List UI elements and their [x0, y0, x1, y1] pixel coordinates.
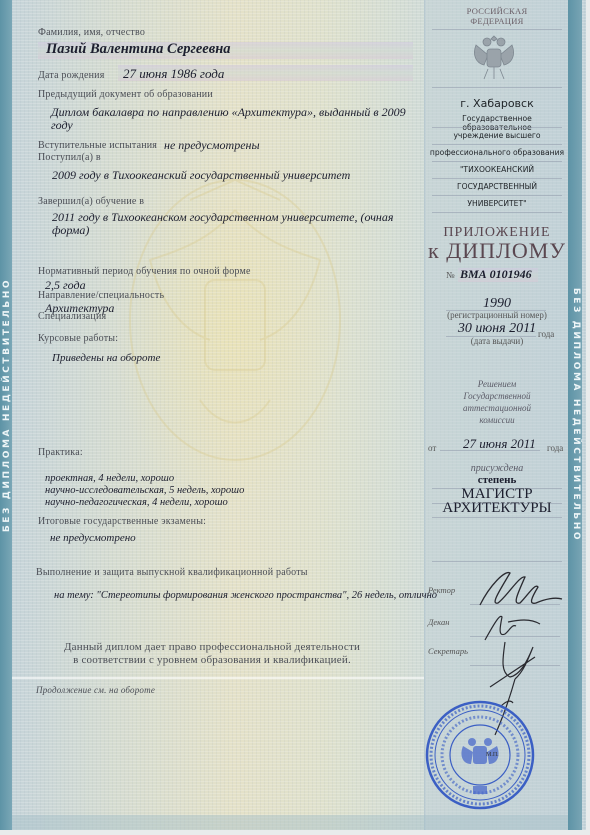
institution-line: учреждение высшего [427, 131, 567, 140]
diploma-supplement-page: БЕЗ ДИПЛОМА НЕДЕЙСТВИТЕЛЬНО БЕЗ ДИПЛОМА … [0, 0, 586, 830]
secretary-label: Секретарь [428, 646, 468, 656]
final-exams-label: Итоговые государственные экзамены: [38, 516, 206, 527]
city: г. Хабаровск [427, 97, 567, 110]
thesis-value: на тему: "Стереотипы формирования женско… [54, 590, 437, 601]
stamp-place-mark: М.П. [486, 752, 499, 758]
final-exams-value: не предусмотрено [50, 532, 136, 544]
practice-item: научно-педагогическая, 4 недели, хорошо [45, 497, 228, 508]
birth-date-label: Дата рождения [38, 70, 105, 81]
left-security-strip: БЕЗ ДИПЛОМА НЕДЕЙСТВИТЕЛЬНО [0, 0, 12, 830]
decision-line: комиссии [427, 415, 567, 426]
divider [432, 127, 562, 128]
rights-statement-line1: Данный диплом дает право профессионально… [0, 641, 424, 653]
entrance-exams-label: Вступительные испытания [38, 140, 157, 151]
rector-label: Ректор [428, 585, 455, 595]
coursework-label: Курсовые работы: [38, 333, 118, 344]
divider [432, 212, 562, 213]
double-headed-eagle-icon [470, 33, 518, 83]
official-seal-icon [423, 698, 538, 813]
practice-label: Практика: [38, 447, 83, 458]
federation-line1: РОССИЙСКАЯ [427, 6, 567, 16]
decision-suffix: года [547, 443, 563, 453]
rights-statement-line2: в соответствии с уровнем образования и к… [0, 654, 424, 666]
footer-divider [12, 677, 424, 679]
birth-date-value: 27 июня 1986 года [123, 66, 224, 82]
degree-word: степень [427, 474, 567, 486]
rector-signature-icon [470, 565, 565, 610]
enrolled-value: 2009 году в Тихоокеанский государственны… [52, 168, 350, 183]
practice-item: научно-исследовательская, 5 недель, хоро… [45, 485, 244, 496]
decision-line: Решением [427, 379, 567, 390]
direction-label: Направление/специальность [38, 290, 164, 301]
coursework-value: Приведены на обороте [52, 352, 160, 364]
institution-line: ГОСУДАРСТВЕННЫЙ [427, 182, 567, 191]
divider [432, 561, 562, 562]
registration-number-caption: (регистрационный номер) [427, 310, 567, 320]
divider [440, 450, 540, 451]
divider [432, 87, 562, 88]
divider [432, 178, 562, 179]
dean-label: Декан [428, 617, 449, 627]
divider [432, 161, 562, 162]
enrolled-label: Поступил(а) в [38, 152, 101, 163]
study-period-label: Нормативный период обучения по очной фор… [38, 266, 251, 277]
completed-label: Завершил(а) обучение в [38, 196, 144, 207]
divider [432, 517, 562, 518]
right-security-strip: БЕЗ ДИПЛОМА НЕДЕЙСТВИТЕЛЬНО [568, 0, 582, 830]
prev-doc-line1: Диплом бакалавра по направлению «Архитек… [51, 105, 406, 120]
completed-line1: 2011 году в Тихоокеанском государственно… [52, 210, 393, 225]
prev-doc-label: Предыдущий документ об образовании [38, 89, 213, 100]
decision-line: Государственной [427, 391, 567, 402]
diploma-number: ВМА 0101946 [460, 267, 532, 282]
security-strip-text: БЕЗ ДИПЛОМА НЕДЕЙСТВИТЕЛЬНО [571, 265, 581, 565]
degree-line2: АРХИТЕКТУРЫ [427, 500, 567, 517]
entrance-exams-value: не предусмотрены [164, 138, 260, 153]
institution-line: профессионального образования [427, 148, 567, 157]
institution-line: "ТИХООКЕАНСКИЙ [427, 165, 567, 174]
thesis-label: Выполнение и защита выпускной квалификац… [36, 567, 308, 578]
full-name-label: Фамилия, имя, отчество [38, 27, 145, 38]
awarded-label: присуждена [427, 463, 567, 474]
institution-line: Государственное образовательное [427, 114, 567, 132]
number-prefix: № [446, 270, 455, 280]
institution-line: УНИВЕРСИТЕТ" [427, 199, 567, 208]
divider [432, 29, 562, 30]
decision-prefix: от [428, 443, 436, 453]
continuation-note: Продолжение см. на обороте [36, 685, 155, 695]
specialization-label: Специализация [38, 311, 106, 322]
security-strip-text: БЕЗ ДИПЛОМА НЕДЕЙСТВИТЕЛЬНО [2, 255, 12, 555]
federation-line2: ФЕДЕРАЦИЯ [427, 16, 567, 26]
practice-item: проектная, 4 недели, хорошо [45, 473, 174, 484]
divider [432, 195, 562, 196]
divider [432, 144, 562, 145]
bottom-band [12, 815, 568, 830]
prev-doc-line2: году [51, 118, 73, 133]
issue-date-caption: (дата выдачи) [427, 336, 567, 346]
title-to-diploma: к ДИПЛОМУ [427, 238, 567, 264]
decision-line: аттестационной [427, 403, 567, 414]
full-name-value: Пазий Валентина Сергеевна [46, 41, 231, 58]
completed-line2: форма) [52, 223, 89, 238]
